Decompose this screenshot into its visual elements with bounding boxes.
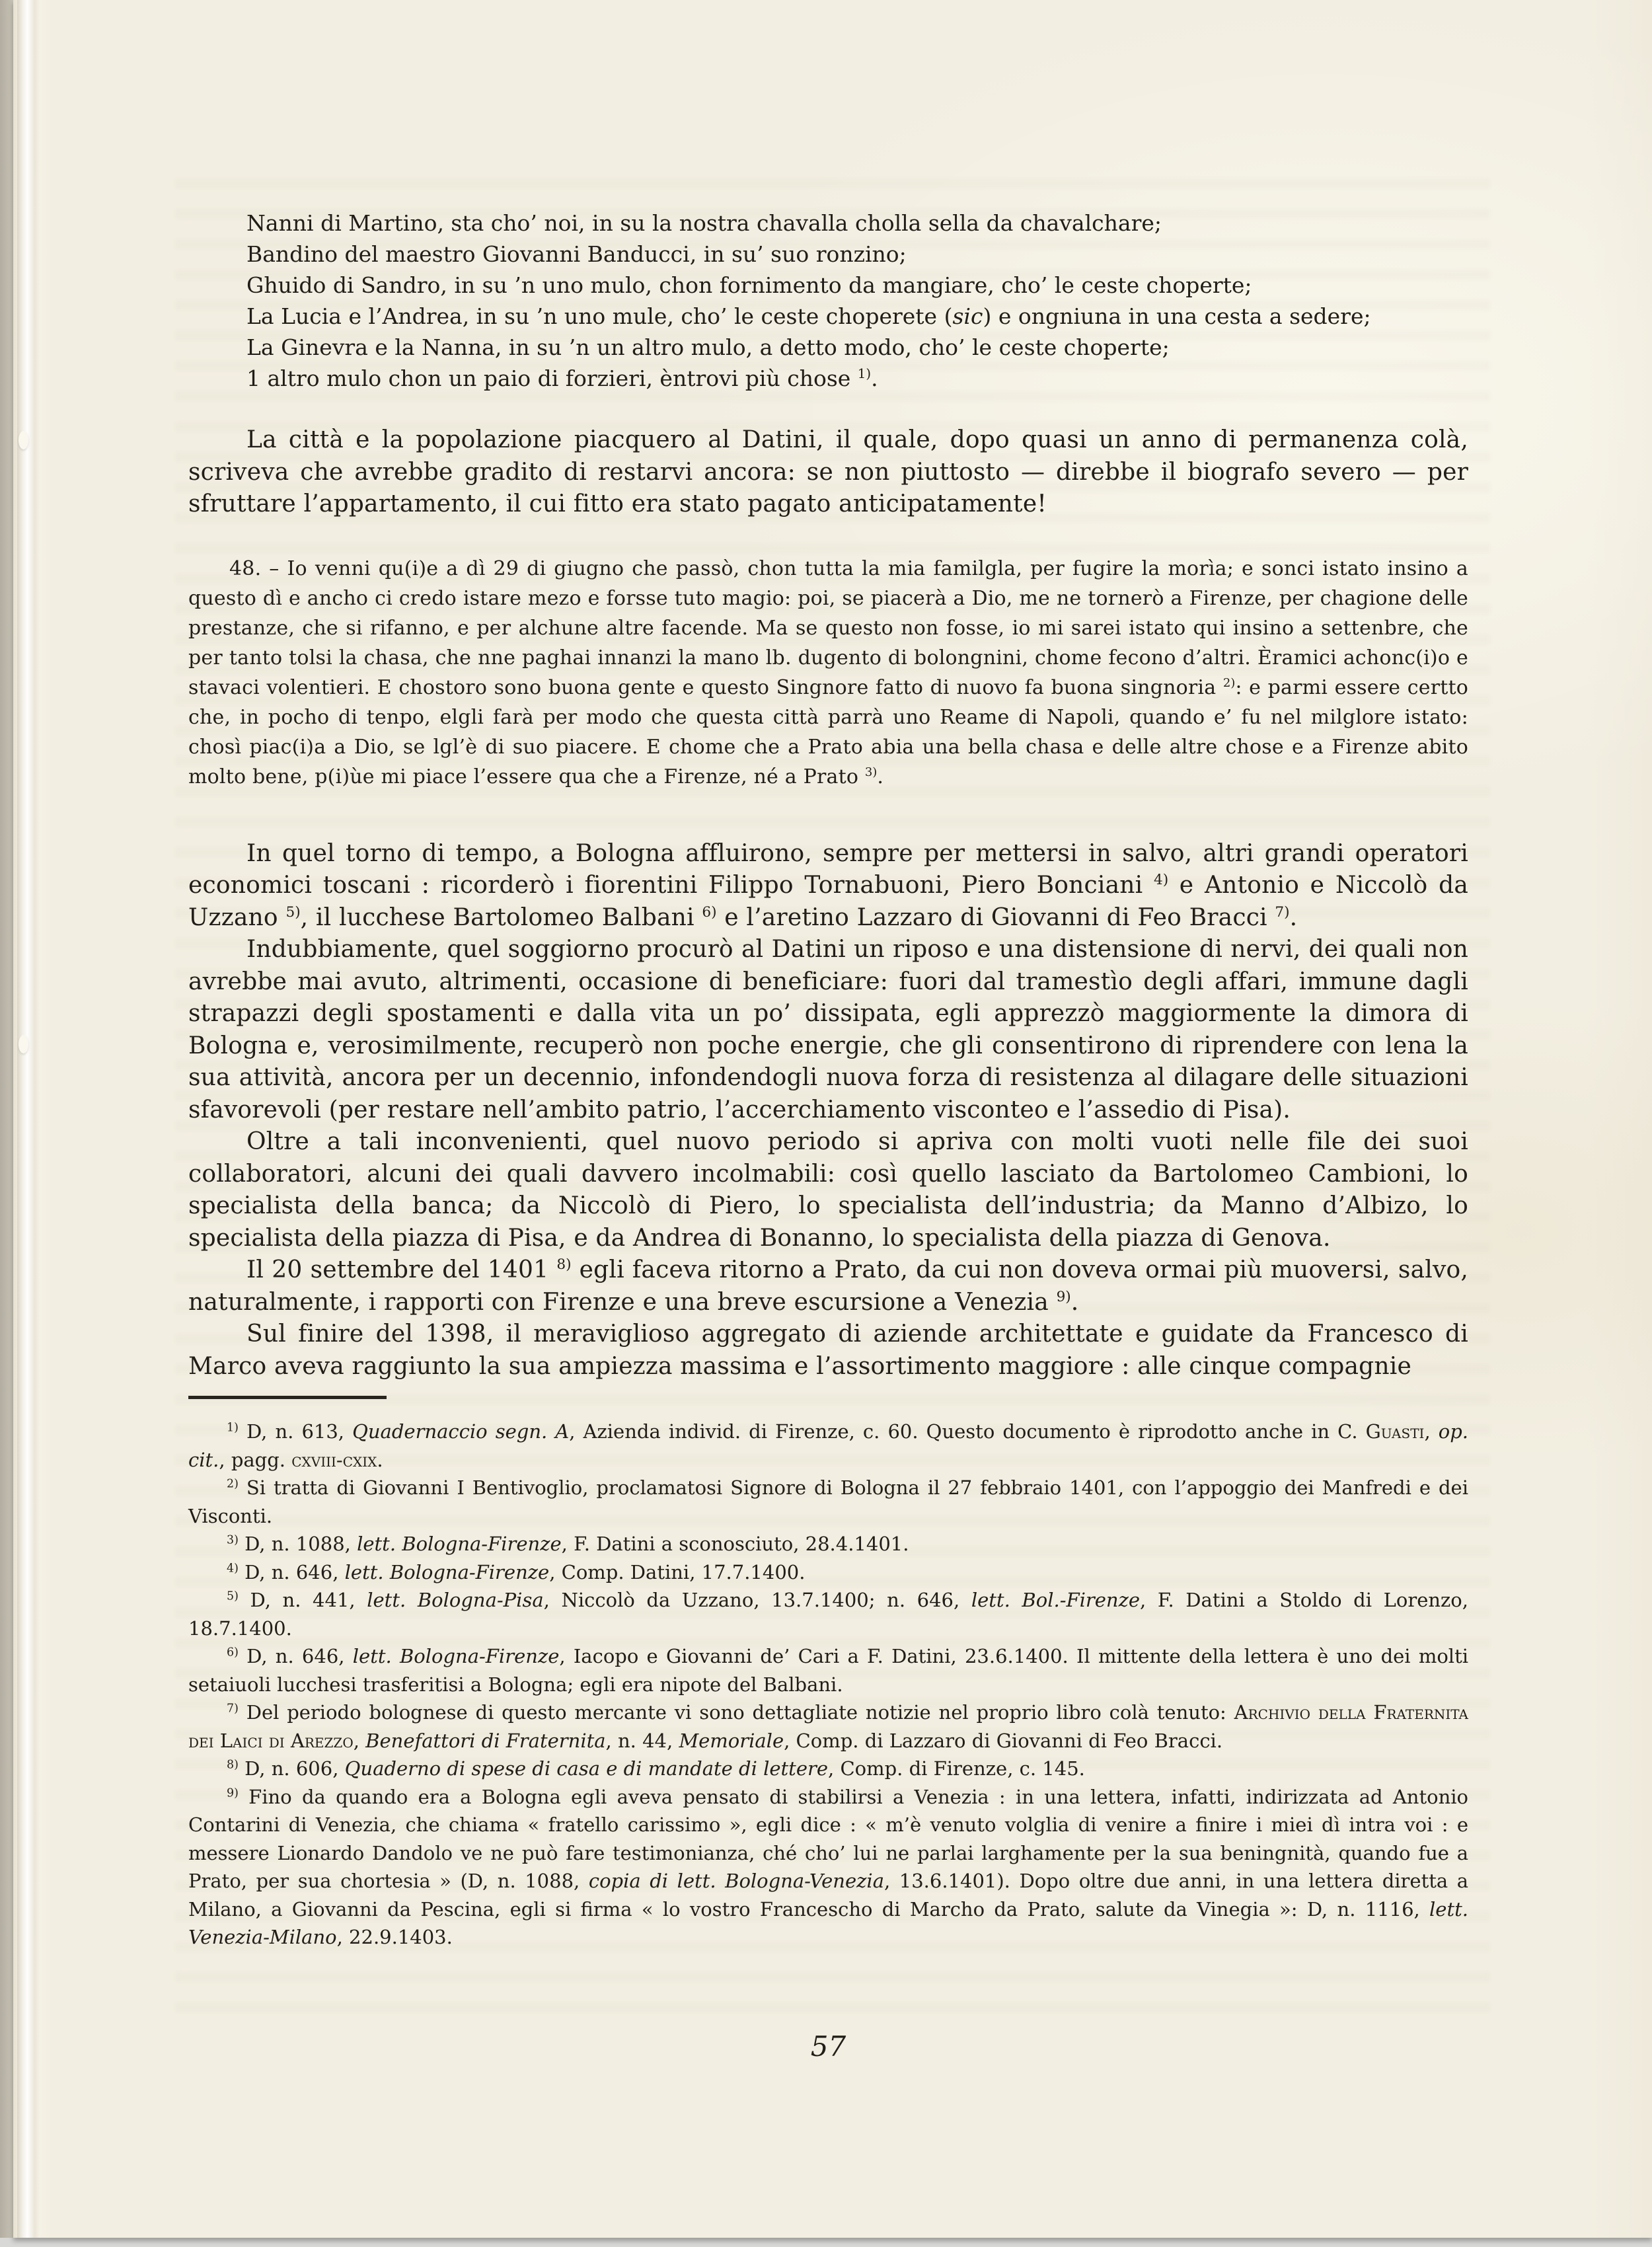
footnote-marker: 8) [227,1758,239,1771]
italic-text: sic [952,303,983,329]
footnote-separator [188,1396,387,1399]
italic-text: lett. Bologna-Firenze [357,1533,562,1555]
italic-text: lett. Bol.-Firenze [971,1589,1140,1611]
footnote: 4) D, n. 646, lett. Bologna-Firenze, Com… [188,1558,1468,1587]
italic-text: copia di lett. Bologna-Venezia [589,1870,884,1892]
page-number: 57 [188,2030,1468,2063]
footnote: 8) D, n. 606, Quaderno di spese di casa … [188,1755,1468,1783]
smallcaps-text: Guasti [1366,1420,1425,1443]
footnote-marker: 6) [227,1646,239,1659]
scanner-bed-bottom-edge [0,2238,1652,2247]
italic-text: Benefattori di Fraternita [365,1730,605,1752]
footnote-marker: 8) [556,1256,571,1273]
footnote-marker: 3) [865,765,877,779]
italic-text: Quaderno di spese di casa e di mandate d… [345,1757,828,1780]
footnote-marker: 5) [285,904,300,921]
italic-text: Memoriale [679,1730,784,1752]
paragraph: Il 20 settembre del 1401 8) egli faceva … [188,1254,1468,1318]
footnote-marker: 2) [1223,676,1235,690]
italic-text: Quadernaccio segn. A [352,1420,569,1443]
footnote-marker: 1) [227,1421,239,1434]
footnote: 7) Del periodo bolognese di questo merca… [188,1698,1468,1755]
footnote-marker: 7) [1275,904,1289,921]
footnote-marker: 3) [227,1533,239,1546]
binding-stitch [19,1035,28,1053]
footnote: 9) Fino da quando era a Bologna egli ave… [188,1783,1468,1952]
paragraph: In quel torno di tempo, a Bologna afflui… [188,838,1468,934]
footnote: 3) D, n. 1088, lett. Bologna-Firenze, F.… [188,1530,1468,1558]
quoted-paragraph: 48. – Io venni qu(i)e a dì 29 di giugno … [188,554,1468,792]
footnote-marker: 4) [227,1562,239,1575]
paragraph: La città e la popolazione piacquero al D… [188,424,1468,521]
footnote: 5) D, n. 441, lett. Bologna-Pisa, Niccol… [188,1586,1468,1642]
footnote-marker: 7) [227,1702,239,1715]
paragraph: Indubbiamente, quel soggiorno procurò al… [188,934,1468,1126]
binding-stitch [19,431,28,449]
italic-text: lett. Bologna-Firenze [353,1645,560,1667]
quote-line: Nanni di Martino, sta cho’ noi, in su la… [246,208,1468,239]
quote-line: La Lucia e l’Andrea, in su ’n uno mule, … [246,301,1468,332]
footnotes-section: 1) D, n. 613, Quadernaccio segn. A, Azie… [188,1418,1468,1952]
italic-text: lett. Bologna-Pisa [367,1589,543,1611]
quote-line: Ghuido di Sandro, in su ’n uno mulo, cho… [246,270,1468,301]
footnote-marker: 2) [227,1477,239,1490]
book-page: Nanni di Martino, sta cho’ noi, in su la… [13,0,1652,2238]
footnote-marker: 9) [1057,1289,1071,1305]
scanner-bed-left-edge [0,0,13,2247]
italic-text: lett. Bologna-Firenze [345,1561,550,1583]
footnote: 6) D, n. 646, lett. Bologna-Firenze, Iac… [188,1642,1468,1698]
footnote-marker: 9) [227,1786,239,1800]
mule-list: Nanni di Martino, sta cho’ noi, in su la… [246,208,1468,394]
footnote: 1) D, n. 613, Quadernaccio segn. A, Azie… [188,1418,1468,1474]
footnote-marker: 1) [858,366,871,381]
footnote: 2) Si tratta di Giovanni I Bentivoglio, … [188,1474,1468,1530]
quote-line: 1 altro mulo chon un paio di forzieri, è… [246,363,1468,394]
page-content: Nanni di Martino, sta cho’ noi, in su la… [188,0,1468,1952]
quote-line: La Ginevra e la Nanna, in su ’n un altro… [246,332,1468,363]
binding-crease [17,0,40,2238]
footnote-marker: 6) [702,904,716,921]
footnote-marker: 5) [227,1589,239,1603]
italic-text: lett. Venezia-Milano [188,1898,1468,1949]
paragraph: Sul finire del 1398, il meraviglioso agg… [188,1318,1468,1383]
quote-line: Bandino del maestro Giovanni Banducci, i… [246,239,1468,270]
paragraph: Oltre a tali inconvenienti, quel nuovo p… [188,1126,1468,1254]
footnote-marker: 4) [1154,872,1168,888]
smallcaps-text: cxviii-cxix [291,1449,377,1471]
scanned-book-page: { "page": { "number": "57" }, "colors": … [0,0,1652,2247]
